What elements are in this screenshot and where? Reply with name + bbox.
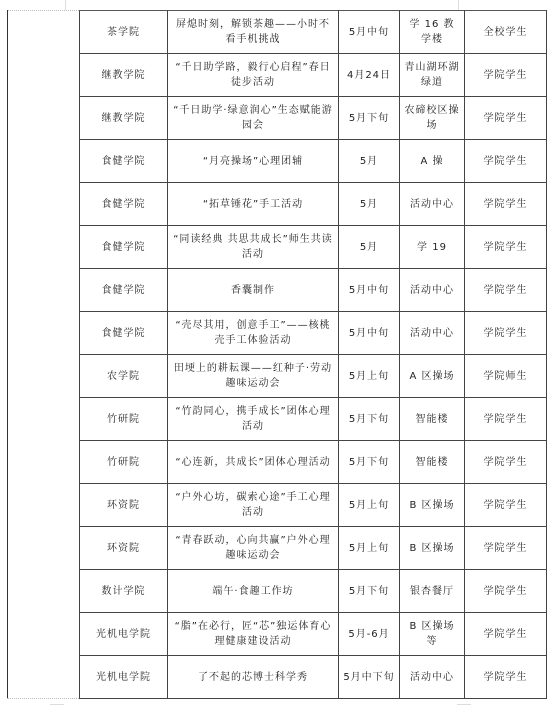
college-cell: 食健学院: [80, 140, 168, 183]
activity-cell: “千日助学·绿意润心”生态赋能游园会: [168, 97, 339, 140]
college-cell: 数计学院: [80, 570, 168, 613]
audience-cell: 全校学生: [465, 11, 547, 54]
table-row: 茶学院 屏熄时刻，解锁茶趣——小时不看手机挑战 5月中旬 学 16 教学楼 全校…: [80, 11, 547, 54]
audience-cell: 学院学生: [465, 398, 547, 441]
college-cell: 光机电学院: [80, 613, 168, 656]
college-cell: 食健学院: [80, 312, 168, 355]
table-row: 继教学院 “千日助学·绿意润心”生态赋能游园会 5月下旬 农碲校区操场 学院学生: [80, 97, 547, 140]
venue-cell: 农碲校区操场: [400, 97, 465, 140]
venue-cell: 活动中心: [400, 183, 465, 226]
table-row: 光机电学院 了不起的芯博士科学秀 5月中下旬 活动中心 学院学生: [80, 656, 547, 699]
time-cell: 5月中旬: [339, 11, 400, 54]
venue-cell: B 区操场: [400, 527, 465, 570]
venue-cell: 银杏餐厅: [400, 570, 465, 613]
activity-cell: “户外心坊，碳索心途”手工心理活动: [168, 484, 339, 527]
activity-cell: 端午·食趣工作坊: [168, 570, 339, 613]
venue-cell: 学 16 教学楼: [400, 11, 465, 54]
college-cell: 食健学院: [80, 269, 168, 312]
audience-cell: 学院师生: [465, 355, 547, 398]
time-cell: 5月中旬: [339, 312, 400, 355]
activity-cell: 田埂上的耕耘课——红种子·劳动趣味运动会: [168, 355, 339, 398]
table-row: 数计学院 端午·食趣工作坊 5月下旬 银杏餐厅 学院学生: [80, 570, 547, 613]
audience-cell: 学院学生: [465, 484, 547, 527]
audience-cell: 学院学生: [465, 97, 547, 140]
activity-cell: “壳尽其用，创意手工”——核桃壳手工体验活动: [168, 312, 339, 355]
time-cell: 5月: [339, 140, 400, 183]
college-cell: 农学院: [80, 355, 168, 398]
time-cell: 5月上旬: [339, 484, 400, 527]
activity-cell: “月亮操场”心理团辅: [168, 140, 339, 183]
venue-cell: 智能楼: [400, 441, 465, 484]
table-row: 竹研院 “心连新，共成长”团体心理活动 5月下旬 智能楼 学院学生: [80, 441, 547, 484]
venue-cell: A 区操场: [400, 355, 465, 398]
activity-cell: “竹韵同心，携手成长”团体心理活动: [168, 398, 339, 441]
activity-cell: “心连新，共成长”团体心理活动: [168, 441, 339, 484]
activity-cell: “脂”在必行，匠“芯”独运体育心理健康建设活动: [168, 613, 339, 656]
venue-cell: B 区操场: [400, 484, 465, 527]
venue-cell: 青山湖环湖绿道: [400, 54, 465, 97]
venue-cell: A 操: [400, 140, 465, 183]
audience-cell: 学院学生: [465, 140, 547, 183]
time-cell: 5月下旬: [339, 97, 400, 140]
margin-corner-mark: [65, 0, 66, 10]
college-cell: 竹研院: [80, 398, 168, 441]
college-cell: 竹研院: [80, 441, 168, 484]
activity-cell: “拓草锤花”手工活动: [168, 183, 339, 226]
time-cell: 5月下旬: [339, 441, 400, 484]
time-cell: 5月: [339, 183, 400, 226]
table-row: 光机电学院 “脂”在必行，匠“芯”独运体育心理健康建设活动 5月-6月 B 区操…: [80, 613, 547, 656]
venue-cell: 活动中心: [400, 269, 465, 312]
time-cell: 5月-6月: [339, 613, 400, 656]
activity-cell: “千日助学路，毅行心启程”春日徒步活动: [168, 54, 339, 97]
college-cell: 食健学院: [80, 226, 168, 269]
audience-cell: 学院学生: [465, 226, 547, 269]
table-row: 食健学院 “同读经典 共思共成长”师生共读活动 5月 学 19 学院学生: [80, 226, 547, 269]
audience-cell: 学院学生: [465, 441, 547, 484]
audience-cell: 学院学生: [465, 183, 547, 226]
venue-cell: 活动中心: [400, 656, 465, 699]
audience-cell: 学院学生: [465, 269, 547, 312]
activity-cell: 屏熄时刻，解锁茶趣——小时不看手机挑战: [168, 11, 339, 54]
activity-cell: “同读经典 共思共成长”师生共读活动: [168, 226, 339, 269]
page-margin-bottom-guide: [7, 698, 79, 699]
time-cell: 5月中下旬: [339, 656, 400, 699]
college-cell: 光机电学院: [80, 656, 168, 699]
time-cell: 5月中旬: [339, 269, 400, 312]
activity-cell: 香囊制作: [168, 269, 339, 312]
venue-cell: B 区操场等: [400, 613, 465, 656]
table-row: 继教学院 “千日助学路，毅行心启程”春日徒步活动 4月24日 青山湖环湖绿道 学…: [80, 54, 547, 97]
college-cell: 茶学院: [80, 11, 168, 54]
venue-cell: 智能楼: [400, 398, 465, 441]
audience-cell: 学院学生: [465, 54, 547, 97]
margin-corner-mark: [458, 0, 459, 10]
time-cell: 5月: [339, 226, 400, 269]
table-row: 农学院 田埂上的耕耘课——红种子·劳动趣味运动会 5月上旬 A 区操场 学院师生: [80, 355, 547, 398]
time-cell: 4月24日: [339, 54, 400, 97]
margin-corner-mark: [50, 704, 64, 705]
audience-cell: 学院学生: [465, 613, 547, 656]
time-cell: 5月下旬: [339, 398, 400, 441]
activity-cell: 了不起的芯博士科学秀: [168, 656, 339, 699]
audience-cell: 学院学生: [465, 570, 547, 613]
time-cell: 5月上旬: [339, 527, 400, 570]
table-row: 食健学院 香囊制作 5月中旬 活动中心 学院学生: [80, 269, 547, 312]
time-cell: 5月下旬: [339, 570, 400, 613]
audience-cell: 学院学生: [465, 527, 547, 570]
table-left-border: [7, 10, 8, 698]
table-row: 环资院 “青春跃动，心向共赢”户外心理趣味运动会 5月上旬 B 区操场 学院学生: [80, 527, 547, 570]
audience-cell: 学院学生: [465, 312, 547, 355]
college-cell: 继教学院: [80, 54, 168, 97]
venue-cell: 学 19: [400, 226, 465, 269]
venue-cell: 活动中心: [400, 312, 465, 355]
table-row: 食健学院 “壳尽其用，创意手工”——核桃壳手工体验活动 5月中旬 活动中心 学院…: [80, 312, 547, 355]
college-cell: 继教学院: [80, 97, 168, 140]
college-cell: 食健学院: [80, 183, 168, 226]
time-cell: 5月上旬: [339, 355, 400, 398]
college-cell: 环资院: [80, 527, 168, 570]
margin-corner-mark: [457, 704, 471, 705]
table-row: 食健学院 “拓草锤花”手工活动 5月 活动中心 学院学生: [80, 183, 547, 226]
college-cell: 环资院: [80, 484, 168, 527]
activity-schedule-table: 茶学院 屏熄时刻，解锁茶趣——小时不看手机挑战 5月中旬 学 16 教学楼 全校…: [79, 10, 547, 699]
audience-cell: 学院学生: [465, 656, 547, 699]
activity-cell: “青春跃动，心向共赢”户外心理趣味运动会: [168, 527, 339, 570]
table-row: 环资院 “户外心坊，碳索心途”手工心理活动 5月上旬 B 区操场 学院学生: [80, 484, 547, 527]
table-row: 竹研院 “竹韵同心，携手成长”团体心理活动 5月下旬 智能楼 学院学生: [80, 398, 547, 441]
table-row: 食健学院 “月亮操场”心理团辅 5月 A 操 学院学生: [80, 140, 547, 183]
page-margin-top-guide: [7, 10, 79, 11]
